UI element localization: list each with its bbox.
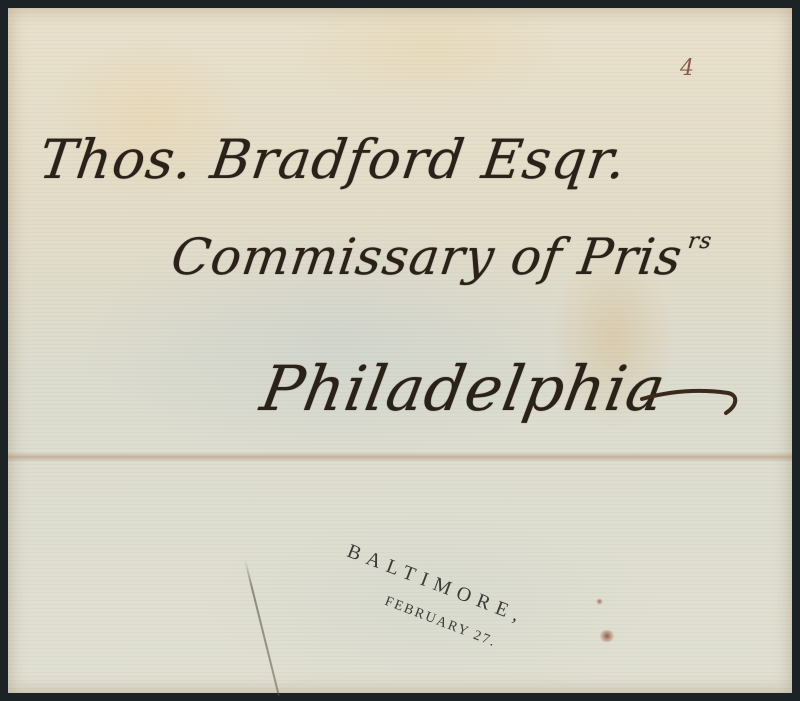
address-city: Philadelphia	[256, 352, 672, 425]
addressee-title-text: Commissary of Pris	[168, 228, 686, 286]
docket-number: 4	[680, 56, 694, 81]
fold-line	[8, 452, 792, 462]
addressee-name: Thos. Bradford Esqr.	[36, 128, 631, 191]
letter-cover	[8, 8, 792, 693]
addressee-title-superscript: rs	[686, 229, 713, 254]
wax-stain	[598, 630, 616, 642]
pen-flourish	[640, 385, 740, 419]
ink-spot	[596, 598, 603, 605]
addressee-title: Commissary of Prisrs	[168, 228, 714, 286]
